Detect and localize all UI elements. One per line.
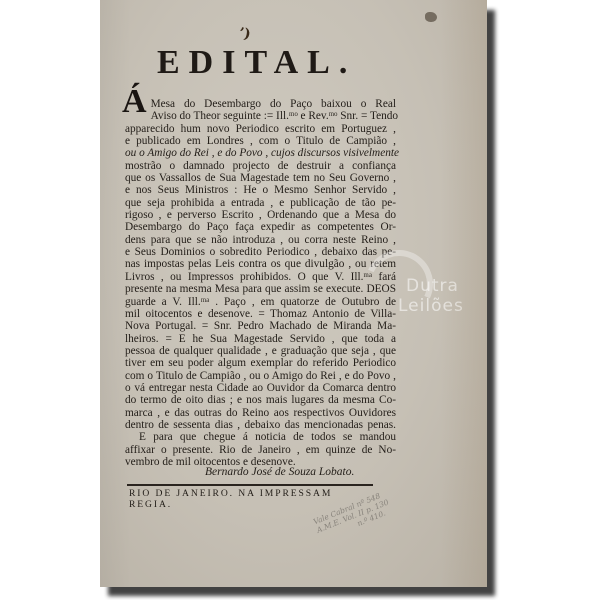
top-mark: ’) xyxy=(238,25,252,43)
text-line: dens para que se não introduza , ou corr… xyxy=(125,234,396,246)
text-line: guarde a V. Ill.ᵐᵃ . Paço , em quatorze … xyxy=(125,296,396,308)
text-line: que os Vassallos de Sua Magestade tem no… xyxy=(125,172,396,184)
text-line: apparecido hum novo Periodico escrito em… xyxy=(125,123,396,135)
document-page: ’) EDITAL. Á Mesa do Desembargo do Paço … xyxy=(100,0,487,587)
text-line: do termo de oito dias ; e nos mais lugar… xyxy=(125,394,396,406)
text-line: tiver em seu poder algum exemplar do ref… xyxy=(125,357,396,369)
text-line: Desembargo do Paço faça expedir as compe… xyxy=(125,221,396,233)
text-line: com o Titulo de Campião , ou o Amigo do … xyxy=(125,370,396,382)
text-line: e publicado em Londres , com o Titulo de… xyxy=(125,135,396,147)
text-line: que seja prohibida a entrada , e publica… xyxy=(125,197,396,209)
document-title: EDITAL. xyxy=(157,44,357,82)
text-line: rigoso , e perverso Escrito , Ordenando … xyxy=(125,209,396,221)
text-line: ou o Amigo do Rei , e do Povo , cujos di… xyxy=(125,147,396,159)
signature: Bernardo José de Souza Lobato. xyxy=(205,466,354,478)
text-line: mil oitocentos e desenove. = Thomaz Anto… xyxy=(125,308,396,320)
text-line: lheiros. = E he Sua Magestade Servido , … xyxy=(125,333,396,345)
text-line: affixar o presente. Rio de Janeiro , em … xyxy=(125,444,396,456)
watermark: Dutra Leilões xyxy=(398,276,464,316)
text-line: pessoa de qualquer qualidade , e graduaç… xyxy=(125,345,396,357)
ink-stain xyxy=(425,12,437,22)
drop-cap: Á xyxy=(122,88,147,116)
watermark-line-2: Leilões xyxy=(398,296,464,316)
text-line: dentro de sessenta dias , debaixo das me… xyxy=(125,419,396,431)
edict-body-text: Á Mesa do Desembargo do Paço baixou o Re… xyxy=(125,86,396,468)
divider-rule xyxy=(127,484,373,486)
text-line: e nos Seus Ministros : He o Mesmo Senhor… xyxy=(125,184,396,196)
text-line: Livros , ou Impressos prohibidos. O que … xyxy=(125,271,396,283)
text-line: e Seus Dominios o sobredito Periodico , … xyxy=(125,246,396,258)
text-line: mostrão o damnado projecto de destruir a… xyxy=(125,160,396,172)
text-line: Mesa do Desembargo do Paço baixou o Real xyxy=(125,86,396,110)
text-line: nas impostas pelas Leis contra os que di… xyxy=(125,258,396,270)
text-line: E para que chegue á noticia de todos se … xyxy=(125,431,396,443)
text-line: Aviso do Theor seguinte := Ill.ᵐᵒ e Rev.… xyxy=(125,110,396,122)
text-line: marca , e das outras do Reino aos respec… xyxy=(125,407,396,419)
watermark-line-1: Dutra xyxy=(398,276,464,296)
text-line: Nova Portugal. = Snr. Pedro Machado de M… xyxy=(125,320,396,332)
text-line: o vá entregar nesta Cidade ao Ouvidor da… xyxy=(125,382,396,394)
text-line: presente na mesma Mesa para que assim se… xyxy=(125,283,396,295)
